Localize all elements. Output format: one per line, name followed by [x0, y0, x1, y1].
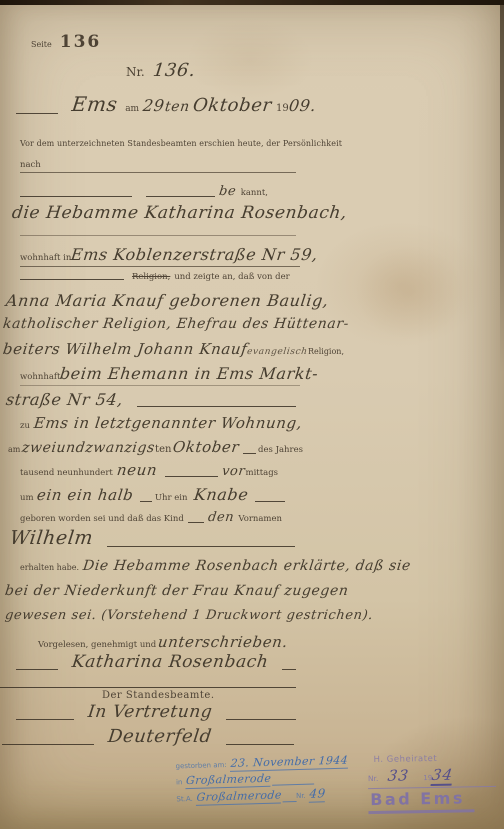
geboren-line: geboren worden sei und daß das Kind [20, 514, 184, 524]
sta-label: St.A. [176, 795, 193, 803]
marriage-stamp-header: H. Geheiratet [373, 753, 495, 765]
ms-nr-hand: 33 [387, 766, 411, 784]
kannt-printed: kannt, [241, 188, 268, 198]
registrar-signature-row: Deuterfeld [2, 726, 294, 747]
erhalten-label: erhalten habe. [20, 563, 79, 572]
declarant-name-hand: die Hebamme Katharina Rosenbach, [11, 203, 349, 223]
registrar-title-row: Der Standesbeamte. [102, 690, 215, 701]
sta-place-hand: Großalmerode [196, 788, 282, 805]
birth-year-hand: neun [116, 461, 158, 479]
intro-line1: Vor dem unterzeichneten Standesbeamten e… [20, 139, 342, 148]
time-hand: ein ein halb [36, 486, 135, 504]
register-page: Seite 136 Nr. 136. Ems am 29ten Oktober … [0, 0, 504, 829]
rule-line [282, 665, 296, 670]
entry-number-hand: 136. [151, 60, 196, 81]
rule-line [188, 518, 204, 523]
mother-religion-hand: katholischer Religion, Ehefrau des Hütte… [2, 316, 350, 332]
bad-ems-stamp-text: Bad Ems [370, 788, 496, 809]
mittags-label: mittags [246, 468, 278, 478]
gestorben-label: gestorben am: [175, 761, 226, 770]
death-register-row: St.A. Großalmerode Nr. 49 [176, 786, 348, 807]
vor-hand: vor [221, 464, 246, 479]
scan-edge-right [500, 0, 504, 373]
marriage-stamp: H. Geheiratet Nr. 33 19 34 Bad Ems [367, 753, 496, 814]
place-hand: Ems [70, 92, 119, 116]
father-religion-insert-hand: evangelisch [247, 347, 309, 357]
deputy-row: In Vertretung [16, 702, 296, 722]
sex-hand: Knabe [193, 485, 250, 504]
registrar-title: Der Standesbeamte. [102, 690, 215, 701]
entry-number-row: Nr. 136. [126, 60, 195, 81]
witness-signature-hand: Katharina Rosenbach [71, 652, 270, 672]
religion-struck: Religion, [132, 272, 170, 282]
nach-label: nach [20, 160, 41, 170]
am-label: am [125, 104, 139, 114]
rule-line [16, 715, 74, 720]
seite-label: Seite [31, 40, 52, 49]
witness-signature-row: Katharina Rosenbach [16, 652, 296, 672]
child-name-hand: Wilhelm [9, 527, 95, 549]
geboren-row: geboren worden sei und daß das Kind den … [20, 510, 282, 525]
mother-line2-row: katholischer Religion, Ehefrau des Hütte… [3, 316, 349, 332]
rule-line [0, 683, 296, 688]
rule-line [146, 192, 215, 197]
bekannt-row: be kannt, [20, 184, 268, 199]
month-hand: Oktober [192, 95, 273, 116]
wohnhaft-label: wohnhaft [20, 372, 60, 382]
tausend-label: tausend neunhundert [20, 468, 113, 478]
paper-stain [355, 245, 465, 340]
birthtime-row: um ein ein halb Uhr ein Knabe [20, 485, 285, 504]
um-label: um [20, 493, 34, 503]
vorgelesen-row: Vorgelesen, genehmigt und unterschrieben… [38, 633, 290, 651]
nr-label: Nr. [126, 65, 145, 79]
deputy-hand: In Vertretung [87, 702, 214, 722]
father-name-hand: beiters Wilhelm Johann Knauf [2, 340, 249, 358]
rule-line [20, 231, 296, 236]
vorgelesen-label: Vorgelesen, genehmigt und [38, 640, 156, 650]
address-row: wohnhaft in Ems Koblenzerstraße Nr 59, [20, 245, 300, 267]
birth-month-hand: Oktober [172, 438, 241, 456]
mother-name-hand: Anna Maria Knauf geborenen Baulig, [5, 291, 330, 310]
vornamen-label: Vornamen [238, 514, 282, 524]
rule-line [137, 402, 296, 407]
dn-nr-hand: 49 [309, 786, 326, 802]
ms-nr-label: Nr. [368, 774, 379, 783]
child-name-row: Wilhelm [10, 527, 295, 549]
year-printed: 19 [276, 103, 289, 114]
declaration3-hand: gewesen sei. (Vorstehend 1 Druckwort ges… [4, 608, 374, 623]
be-hand: be [219, 184, 238, 199]
rule-line [107, 542, 295, 547]
day-hand: 29 [142, 96, 166, 115]
date-row: Ems am 29ten Oktober 19 09. [16, 92, 316, 116]
in-label: in [176, 778, 183, 786]
am-label-2: am [8, 445, 20, 454]
birthplace-row: zu Ems in letztgenannter Wohnung, [20, 414, 302, 432]
rule-line [16, 109, 58, 114]
mother-line4-row: wohnhaft beim Ehemann in Ems Markt- [20, 364, 300, 386]
rule-line [20, 192, 132, 197]
declaration-row3: gewesen sei. (Vorstehend 1 Druckwort ges… [5, 608, 373, 623]
rule-line [20, 275, 124, 280]
rule-line [282, 798, 296, 802]
des-jahres-label: des Jahres [258, 445, 303, 455]
mother-line1-row: Anna Maria Knauf geborenen Baulig, [6, 291, 329, 310]
declaration-row1: erhalten habe. Die Hebamme Rosenbach erk… [20, 558, 411, 574]
uhr-ein-label: Uhr ein [155, 493, 188, 503]
registrar-signature-hand: Deuterfeld [107, 726, 213, 747]
birthyear-row: tausend neunhundert neun vor mittags [20, 461, 278, 479]
mother-line3-row: beiters Wilhelm Johann Knauf evangelisch… [3, 340, 303, 358]
rule-line [255, 497, 285, 502]
religion-row: Religion, und zeigte an, daß von der [20, 272, 296, 282]
zu-label: zu [20, 421, 30, 431]
birthdate-row: am zweiundzwanzigsten Oktober des Jahres [8, 438, 303, 456]
rule-line [140, 497, 152, 502]
stamp-underline-bar [368, 809, 474, 814]
marriage-nr-row: Nr. 33 19 34 [368, 765, 496, 789]
dn-nr-label: Nr. [296, 792, 306, 800]
street-hand: straße Nr 54, [5, 390, 124, 409]
rule-line [243, 449, 256, 454]
death-place-hand: Großalmerode [186, 772, 272, 789]
rule-line [226, 715, 296, 720]
page-number-row: Seite 136 [31, 32, 101, 52]
rule-line [16, 665, 58, 670]
ten-printed: ten [155, 444, 171, 455]
declaration2-hand: bei der Niederkunft der Frau Knauf zugeg… [4, 583, 349, 599]
declaration-row2: bei der Niederkunft der Frau Knauf zugeg… [5, 583, 348, 599]
mother-line5-row: straße Nr 54, [6, 390, 296, 409]
birthplace-hand: Ems in letztgenannter Wohnung, [33, 414, 303, 432]
rule-line [272, 781, 314, 786]
intro-line1-row: Vor dem unterzeichneten Standesbeamten e… [20, 139, 342, 148]
zeigte-an-label: und zeigte an, daß von der [174, 272, 289, 282]
declaration1-hand: Die Hebamme Rosenbach erklärte, daß sie [82, 558, 412, 574]
declarant-row: die Hebamme Katharina Rosenbach, [12, 203, 347, 223]
ms-year-hand: 34 [431, 766, 455, 786]
year-hand: 09. [288, 96, 318, 115]
scan-edge-top [0, 0, 504, 5]
day-suffix-hand: ten [164, 99, 191, 115]
residence-hand: beim Ehemann in Ems Markt- [59, 364, 320, 383]
rule-line [2, 740, 94, 745]
nach-row: nach [20, 160, 296, 173]
rule-line [226, 740, 294, 745]
unterschrieben-hand: unterschrieben. [156, 633, 288, 651]
religion-printed: Religion, [308, 347, 344, 356]
death-annotation-stamp: gestorben am: 23. November 1944 in Großa… [175, 754, 348, 808]
birth-day-hand: zweiundzwanzigs [21, 440, 156, 456]
den-hand: den [207, 510, 235, 525]
wohnhaft-in-label: wohnhaft in [20, 253, 71, 263]
address-hand: Ems Koblenzerstraße Nr 59, [70, 245, 319, 264]
rule-line [165, 472, 218, 477]
page-number: 136 [60, 32, 102, 52]
